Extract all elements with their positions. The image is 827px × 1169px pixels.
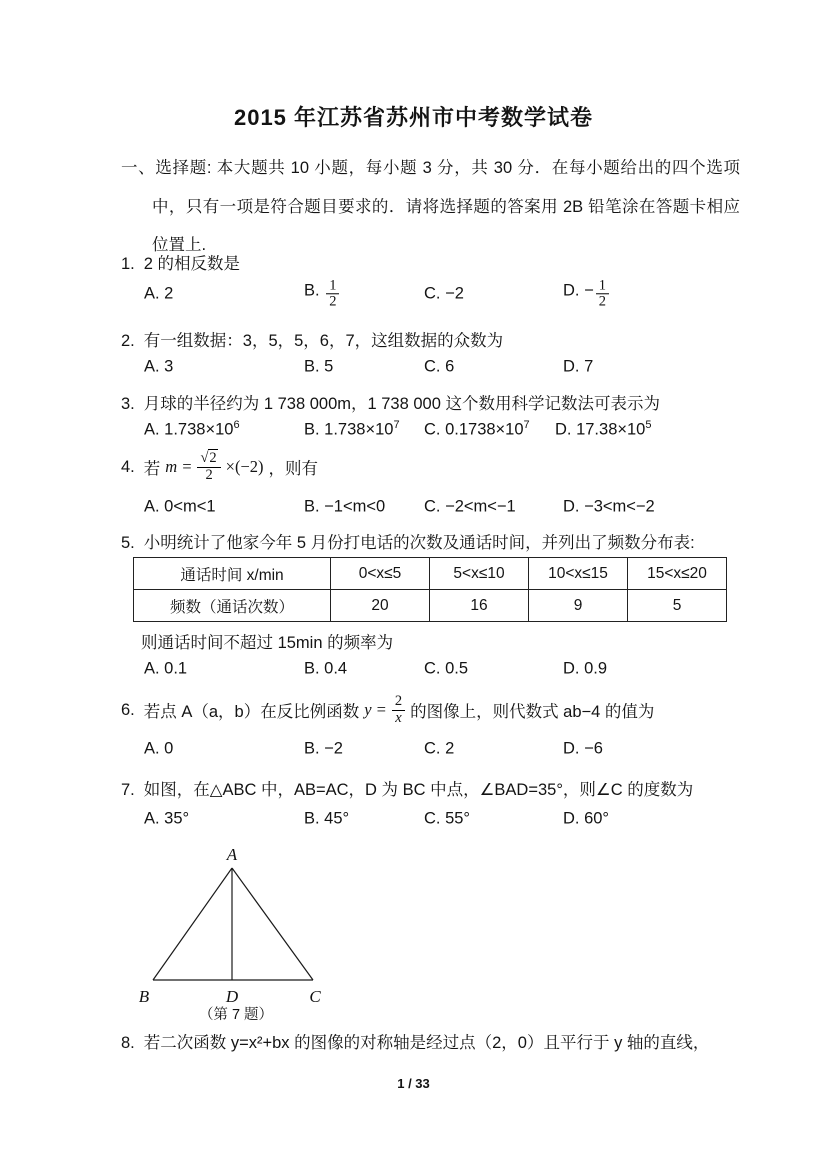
fraction-numerator: 1 bbox=[326, 278, 339, 293]
option-c: C. 55° bbox=[424, 810, 470, 829]
option-c: C. 6 bbox=[424, 358, 454, 377]
question-4-options: A. 0<m<1 B. −1<m<0 C. −2<m<−1 D. −3<m<−2 bbox=[121, 494, 717, 520]
table-data-cell: 20 bbox=[331, 590, 430, 622]
question-body: 小明统计了他家今年 5 月份打电话的次数及通话时间，并列出了频数分布表: bbox=[144, 534, 695, 552]
option-d: D. 0.9 bbox=[563, 660, 607, 679]
question-5-subtext: 则通话时间不超过 15min 的频率为 bbox=[141, 629, 393, 653]
fraction: √22 bbox=[197, 451, 220, 482]
table-header-cell: 10<x≤15 bbox=[529, 558, 628, 590]
option-c: C. −2 bbox=[424, 285, 464, 304]
section-intro: 一、选择题: 本大题共 10 小题，每小题 3 分，共 30 分．在每小题给出的… bbox=[121, 149, 740, 265]
question-body-end: ，则有 bbox=[269, 455, 319, 479]
option-c: C. 2 bbox=[424, 740, 454, 759]
option-c: C. 0.1738×107 bbox=[424, 421, 530, 440]
table-header-cell: 0<x≤5 bbox=[331, 558, 430, 590]
fraction-denominator: 2 bbox=[197, 467, 220, 483]
question-body: 若 bbox=[144, 455, 161, 479]
question-body: 若二次函数 y=x²+bx 的图像的对称轴是经过点（2，0）且平行于 y 轴的直… bbox=[144, 1034, 710, 1052]
question-5-text: 5.小明统计了他家今年 5 月份打电话的次数及通话时间，并列出了频数分布表: bbox=[121, 529, 695, 553]
option-b: B. −1<m<0 bbox=[304, 498, 385, 517]
question-body: 如图，在△ABC 中，AB=AC，D 为 BC 中点，∠BAD=35°，则∠C … bbox=[144, 781, 693, 799]
option-base: C. 0.1738×10 bbox=[424, 421, 524, 439]
fraction-denominator: 2 bbox=[596, 294, 609, 310]
superscript-exponent: 7 bbox=[524, 419, 530, 431]
question-3-text: 3.月球的半径约为 1 738 000m，1 738 000 这个数用科学记数法… bbox=[121, 390, 660, 414]
fraction: 12 bbox=[596, 278, 609, 309]
fraction-denominator: 2 bbox=[326, 294, 339, 310]
exam-page: 2015 年江苏省苏州市中考数学试卷 一、选择题: 本大题共 10 小题，每小题… bbox=[0, 0, 827, 1169]
option-base: D. 17.38×10 bbox=[555, 421, 645, 439]
question-5-options: A. 0.1 B. 0.4 C. 0.5 D. 0.9 bbox=[121, 656, 717, 682]
option-c: C. 0.5 bbox=[424, 660, 468, 679]
option-a: A. 0.1 bbox=[144, 660, 187, 679]
option-d: D. −12 bbox=[563, 278, 611, 309]
question-4-text: 4. 若 m = √22 ×(−2) ，则有 bbox=[121, 440, 318, 494]
question-8-text: 8.若二次函数 y=x²+bx 的图像的对称轴是经过点（2，0）且平行于 y 轴… bbox=[121, 1029, 709, 1053]
option-b: B. 45° bbox=[304, 810, 349, 829]
option-a: A. 0 bbox=[144, 740, 173, 759]
question-1-options: A. 2 B. 12 C. −2 D. −12 bbox=[121, 270, 717, 318]
option-label: B. bbox=[304, 282, 324, 300]
option-d: D. 17.38×105 bbox=[555, 421, 652, 440]
question-number: 3. bbox=[121, 395, 135, 413]
option-d: D. −6 bbox=[563, 740, 603, 759]
radicand: 2 bbox=[208, 449, 217, 466]
table-header-cell: 15<x≤20 bbox=[628, 558, 727, 590]
option-b: B. 5 bbox=[304, 358, 333, 377]
question-number: 4. bbox=[121, 458, 135, 477]
question-body: 有一组数据：3，5，5，6，7，这组数据的众数为 bbox=[144, 332, 503, 350]
option-d: D. 7 bbox=[563, 358, 593, 377]
vertex-label-a: A bbox=[226, 845, 238, 864]
question-body: 月球的半径约为 1 738 000m，1 738 000 这个数用科学记数法可表… bbox=[144, 395, 660, 413]
option-a: A. 1.738×106 bbox=[144, 421, 240, 440]
frequency-table: 通话时间 x/min 0<x≤5 5<x≤10 10<x≤15 15<x≤20 … bbox=[133, 557, 727, 622]
option-base: A. 1.738×10 bbox=[144, 421, 233, 439]
fraction: 12 bbox=[326, 278, 339, 309]
triangle-side-ac bbox=[232, 868, 313, 980]
superscript-exponent: 5 bbox=[645, 419, 651, 431]
question-number: 6. bbox=[121, 701, 135, 720]
table-row-values: 频数（通话次数） 20 16 9 5 bbox=[134, 590, 727, 622]
vertex-label-b: B bbox=[139, 987, 150, 1006]
table-data-cell: 9 bbox=[529, 590, 628, 622]
option-b: B. 0.4 bbox=[304, 660, 347, 679]
question-2-options: A. 3 B. 5 C. 6 D. 7 bbox=[121, 355, 717, 379]
question-6-options: A. 0 B. −2 C. 2 D. −6 bbox=[121, 736, 717, 762]
question-number: 8. bbox=[121, 1034, 135, 1052]
table-data-cell: 16 bbox=[430, 590, 529, 622]
math-variable: y = bbox=[364, 700, 387, 720]
fraction-numerator: 1 bbox=[596, 278, 609, 293]
option-c: C. −2<m<−1 bbox=[424, 498, 516, 517]
page-title: 2015 年江苏省苏州市中考数学试卷 bbox=[0, 101, 827, 132]
superscript-exponent: 6 bbox=[233, 419, 239, 431]
question-6-text: 6. 若点 A（a，b）在反比例函数 y = 2x 的图像上，则代数式 ab−4… bbox=[121, 686, 654, 734]
option-b: B. −2 bbox=[304, 740, 343, 759]
page-number: 1 / 33 bbox=[0, 1076, 827, 1091]
question-body: 若点 A（a，b）在反比例函数 bbox=[144, 698, 359, 722]
table-header-cell: 通话时间 x/min bbox=[134, 558, 331, 590]
point-label-d: D bbox=[225, 987, 239, 1006]
superscript-exponent: 7 bbox=[393, 419, 399, 431]
question-7-options: A. 35° B. 45° C. 55° D. 60° bbox=[121, 804, 717, 834]
question-number: 7. bbox=[121, 781, 135, 799]
option-b: B. 12 bbox=[304, 278, 341, 309]
math-expression: ×(−2) bbox=[226, 457, 264, 477]
fraction-denominator: x bbox=[392, 710, 405, 726]
table-data-cell: 5 bbox=[628, 590, 727, 622]
triangle-side-ab bbox=[153, 868, 232, 980]
option-label: D. − bbox=[563, 282, 594, 300]
option-d: D. −3<m<−2 bbox=[563, 498, 655, 517]
table-header-cell: 5<x≤10 bbox=[430, 558, 529, 590]
option-a: A. 2 bbox=[144, 285, 173, 304]
figure-caption: （第 7 题） bbox=[199, 1006, 273, 1023]
fraction-numerator: √2 bbox=[197, 451, 220, 466]
table-data-cell: 频数（通话次数） bbox=[134, 590, 331, 622]
fraction: 2x bbox=[392, 694, 405, 725]
option-b: B. 1.738×107 bbox=[304, 421, 400, 440]
option-base: B. 1.738×10 bbox=[304, 421, 393, 439]
section-text: 选择题: 本大题共 10 小题，每小题 3 分，共 30 分．在每小题给出的四个… bbox=[152, 159, 740, 254]
question-body-end: 的图像上，则代数式 ab−4 的值为 bbox=[410, 698, 654, 722]
fraction-numerator: 2 bbox=[392, 694, 405, 709]
option-a: A. 35° bbox=[144, 810, 189, 829]
table-row-header: 通话时间 x/min 0<x≤5 5<x≤10 10<x≤15 15<x≤20 bbox=[134, 558, 727, 590]
question-7-text: 7.如图，在△ABC 中，AB=AC，D 为 BC 中点，∠BAD=35°，则∠… bbox=[121, 776, 693, 800]
math-variable: m = bbox=[165, 457, 192, 477]
option-a: A. 3 bbox=[144, 358, 173, 377]
option-d: D. 60° bbox=[563, 810, 609, 829]
vertex-label-c: C bbox=[309, 987, 321, 1006]
question-2-text: 2.有一组数据：3，5，5，6，7，这组数据的众数为 bbox=[121, 327, 503, 351]
triangle-figure: A B D C （第 7 题） bbox=[118, 843, 358, 1023]
question-number: 5. bbox=[121, 534, 135, 552]
section-number: 一、 bbox=[121, 159, 155, 177]
question-number: 2. bbox=[121, 332, 135, 350]
option-a: A. 0<m<1 bbox=[144, 498, 216, 517]
